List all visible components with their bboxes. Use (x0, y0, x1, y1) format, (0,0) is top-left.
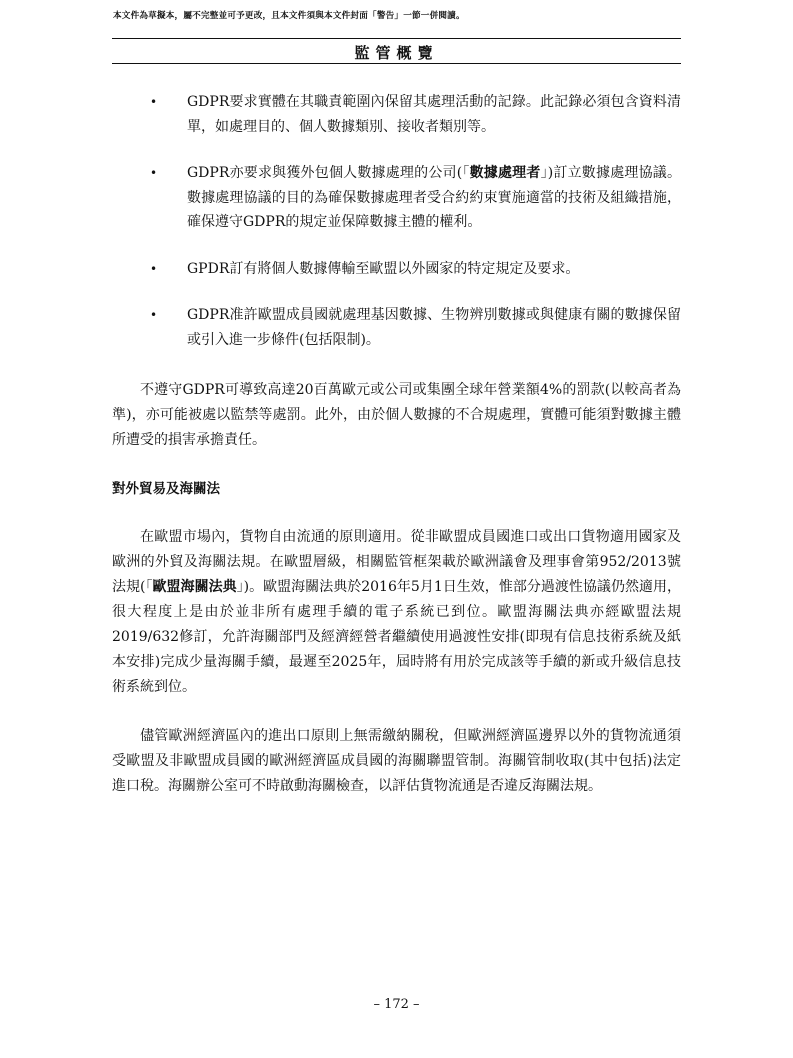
customs-code-paragraph: 在歐盟市場內，貨物自由流通的原則適用。從非歐盟成員國進口或出口貨物適用國家及歐洲… (112, 525, 681, 700)
defined-term: 數據處理者 (470, 165, 541, 181)
bullet-text: GDPR亦要求與獲外包個人數據處理的公司(「數據處理者」)訂立數據處理協議。數據… (187, 165, 681, 230)
bullet-item: • GDPR亦要求與獲外包個人數據處理的公司(「數據處理者」)訂立數據處理協議。… (112, 161, 681, 235)
bullet-icon: • (150, 303, 157, 328)
penalty-paragraph: 不遵守GDPR可導致高達20百萬歐元或公司或集團全球年營業額4%的罰款(以較高者… (112, 378, 681, 453)
text-fragment: 」)。歐盟海關法典於2016年5月1日生效，惟部分過渡性協議仍然適用，很大程度上… (112, 579, 681, 695)
page-content: • GDPR要求實體在其職責範圍內保留其處理活動的記錄。此記錄必須包含資料清單，… (112, 90, 681, 823)
header-rule-top (112, 38, 681, 39)
bullet-item: • GDPR要求實體在其職責範圍內保留其處理活動的記錄。此記錄必須包含資料清單，… (112, 90, 681, 139)
section-title: 監管概覽 (112, 42, 681, 63)
bullet-item: • GDPR准許歐盟成員國就處理基因數據、生物辨別數據或與健康有關的數據保留或引… (112, 303, 681, 352)
text-fragment: GDPR亦要求與獲外包個人數據處理的公司(「 (187, 165, 470, 181)
bullet-icon: • (150, 161, 157, 186)
bullet-text: GDPR要求實體在其職責範圍內保留其處理活動的記錄。此記錄必須包含資料清單，如處… (187, 94, 681, 135)
bullet-text: GDPR准許歐盟成員國就處理基因數據、生物辨別數據或與健康有關的數據保留或引入進… (187, 307, 681, 348)
bullet-text: GPDR訂有將個人數據傳輸至歐盟以外國家的特定規定及要求。 (187, 261, 579, 277)
page-number: – 172 – (0, 997, 793, 1012)
bullet-icon: • (150, 257, 157, 282)
bullet-icon: • (150, 90, 157, 115)
defined-term: 歐盟海關法典 (153, 579, 237, 595)
customs-union-paragraph: 儘管歐洲經濟區內的進出口原則上無需繳納關稅，但歐洲經濟區邊界以外的貨物流通須受歐… (112, 724, 681, 799)
header-rule-bottom (112, 63, 681, 64)
trade-section-heading: 對外貿易及海關法 (112, 477, 681, 501)
draft-notice: 本文件為草擬本，屬不完整並可予更改，且本文件須與本文件封面「警告」一節一併閱讀。 (113, 9, 465, 21)
bullet-item: • GPDR訂有將個人數據傳輸至歐盟以外國家的特定規定及要求。 (112, 257, 681, 282)
